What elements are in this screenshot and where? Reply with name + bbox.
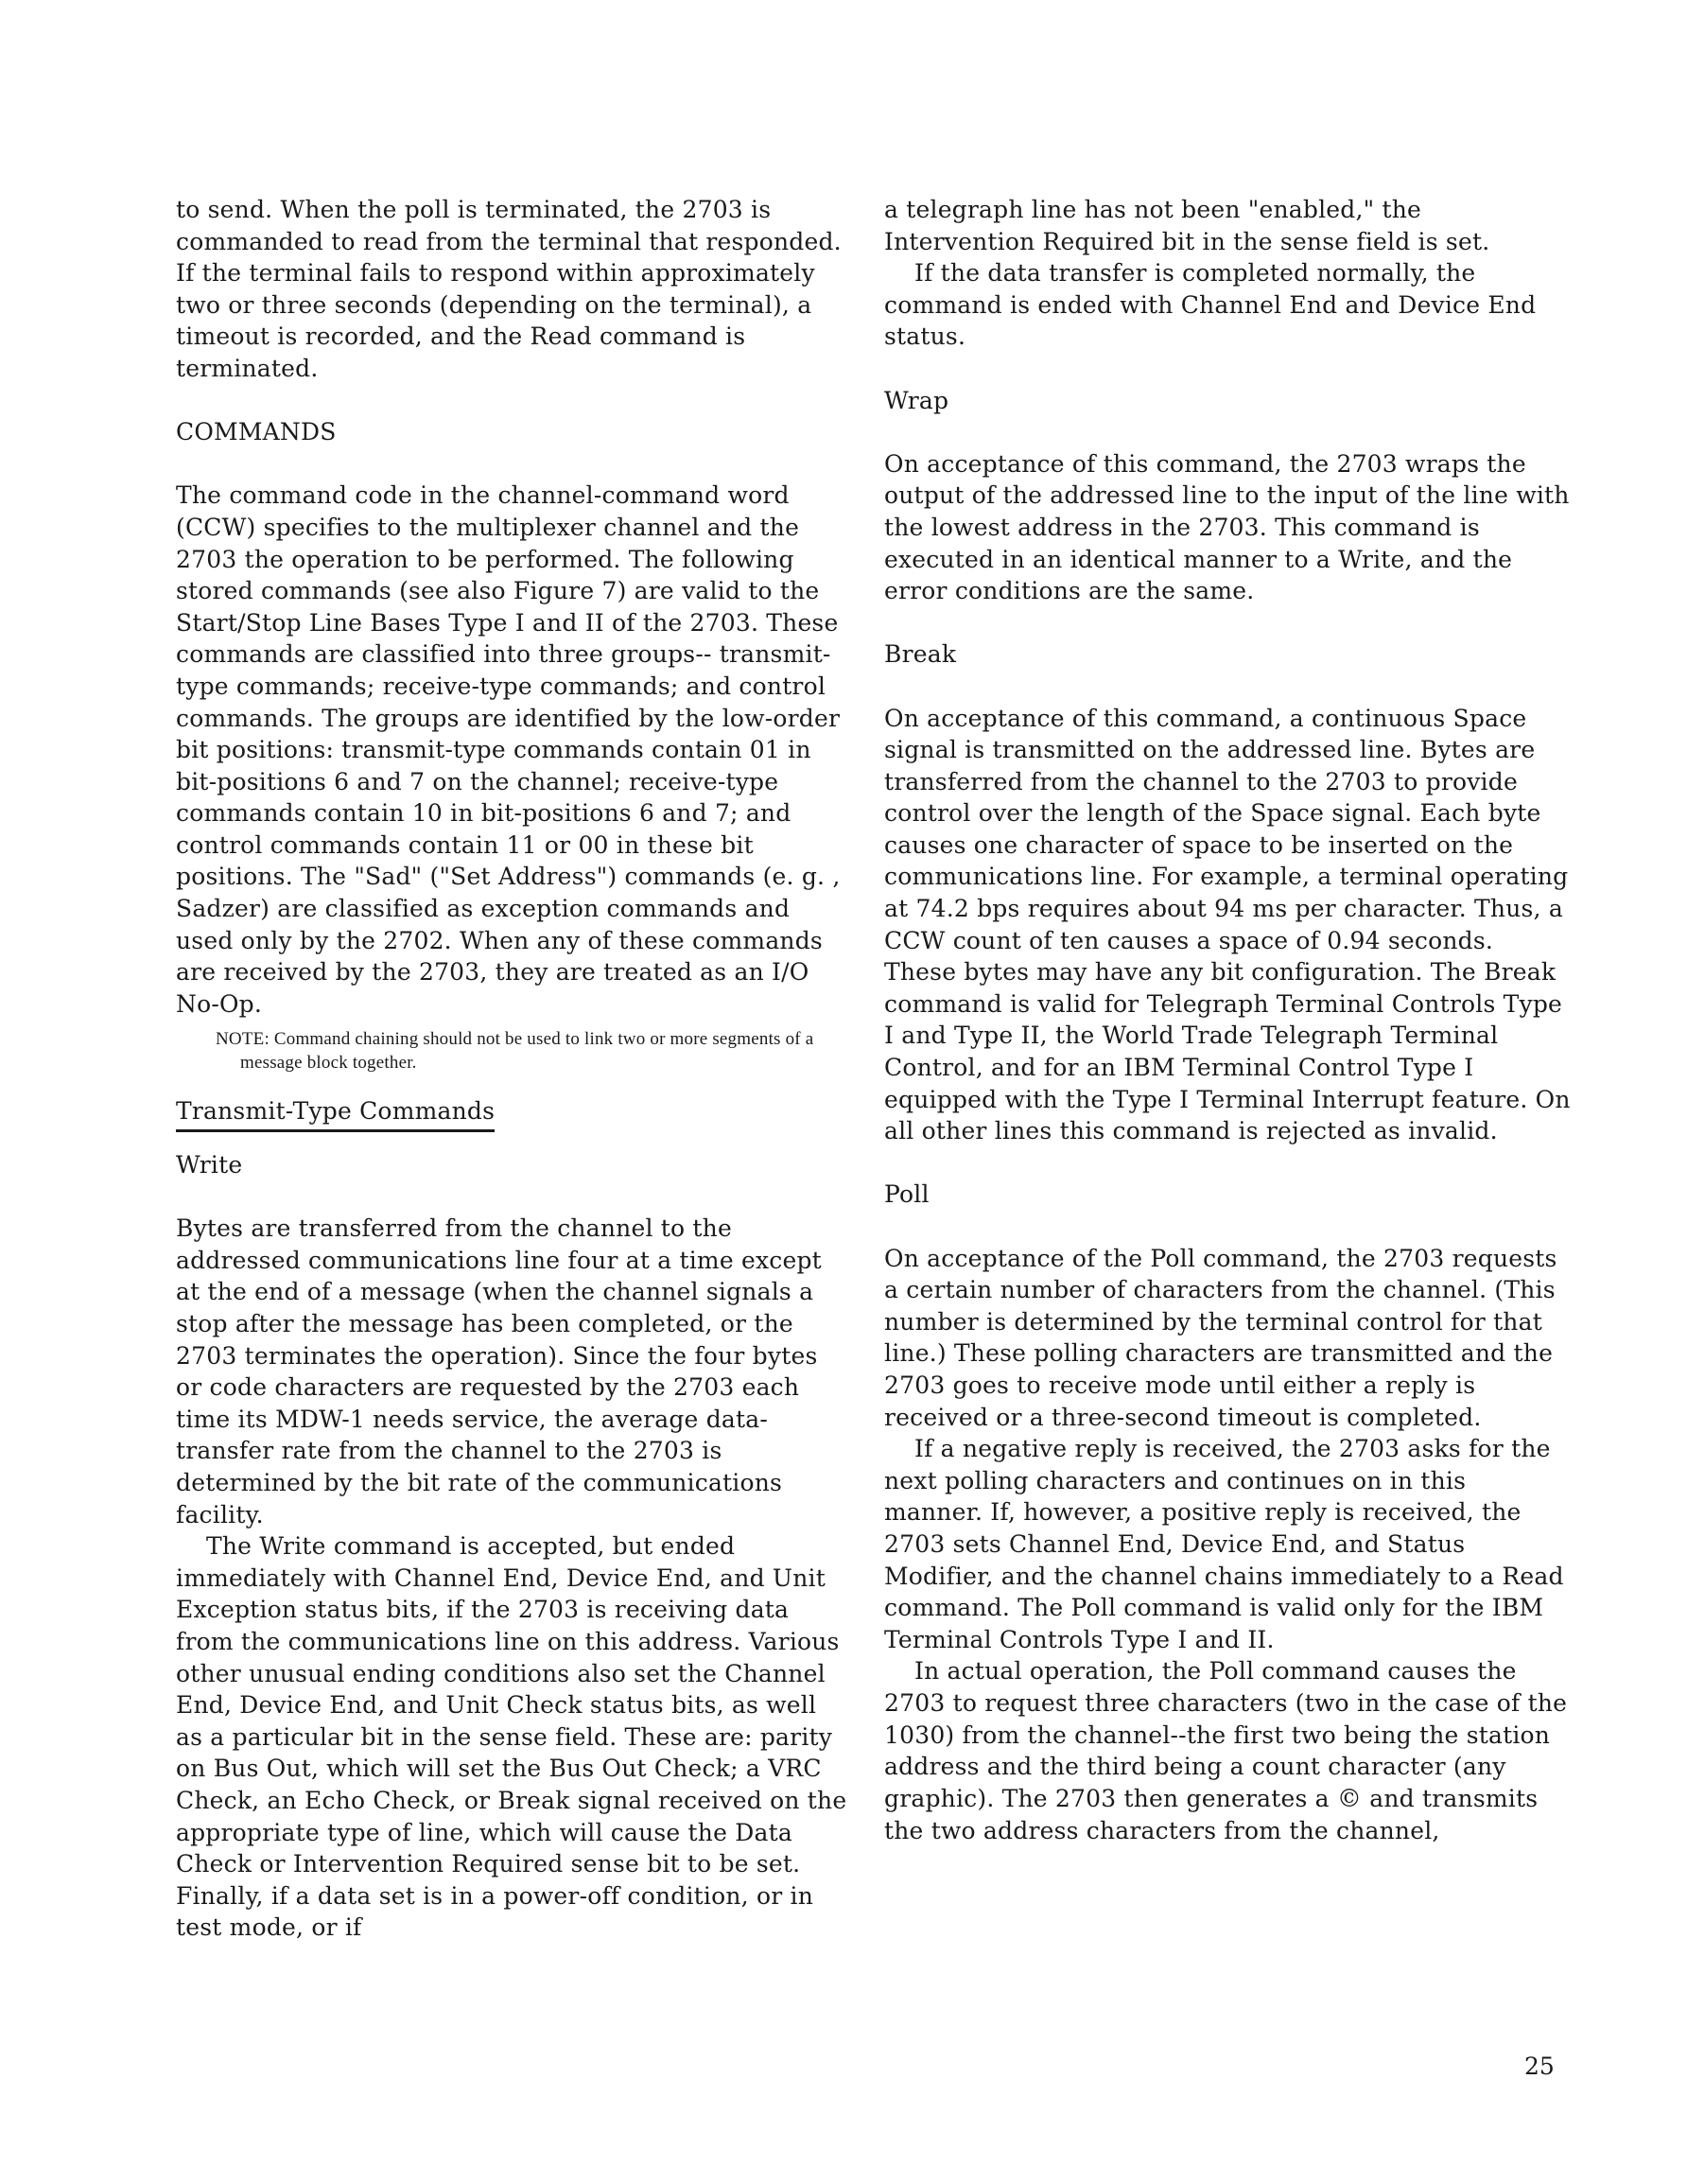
page-number: 25	[1524, 2053, 1555, 2080]
paragraph-telegraph-enabled: a telegraph line has not been "enabled,"…	[884, 194, 1571, 257]
left-column: to send. When the poll is terminated, th…	[176, 194, 849, 1944]
paragraph-command-code: The command code in the channel-command …	[176, 480, 849, 1020]
heading-wrap: Wrap	[884, 385, 1571, 417]
paragraph-write-bytes: Bytes are transferred from the channel t…	[176, 1213, 849, 1530]
circled-c-symbol-icon: ©	[1337, 1785, 1362, 1813]
paragraph-poll-termination: to send. When the poll is terminated, th…	[176, 194, 849, 385]
paragraph-actual-operation: In actual operation, the Poll command ca…	[884, 1655, 1571, 1847]
heading-break: Break	[884, 638, 1571, 671]
paragraph-poll-acceptance: On acceptance of the Poll command, the 2…	[884, 1243, 1571, 1434]
paragraph-wrap: On acceptance of this command, the 2703 …	[884, 448, 1571, 607]
heading-poll: Poll	[884, 1179, 1571, 1211]
section-heading-commands: COMMANDS	[176, 416, 849, 448]
right-column: a telegraph line has not been "enabled,"…	[884, 194, 1571, 1847]
subheading-transmit-type-commands: Transmit-Type Commands	[176, 1095, 495, 1132]
paragraph-write-accepted: The Write command is accepted, but ended…	[176, 1530, 849, 1944]
paragraph-break: On acceptance of this command, a continu…	[884, 703, 1571, 1147]
heading-write: Write	[176, 1149, 849, 1181]
note-command-chaining: NOTE: Command chaining should not be use…	[216, 1027, 849, 1075]
paragraph-data-transfer-complete: If the data transfer is completed normal…	[884, 257, 1571, 353]
paragraph-negative-reply: If a negative reply is received, the 270…	[884, 1433, 1571, 1655]
